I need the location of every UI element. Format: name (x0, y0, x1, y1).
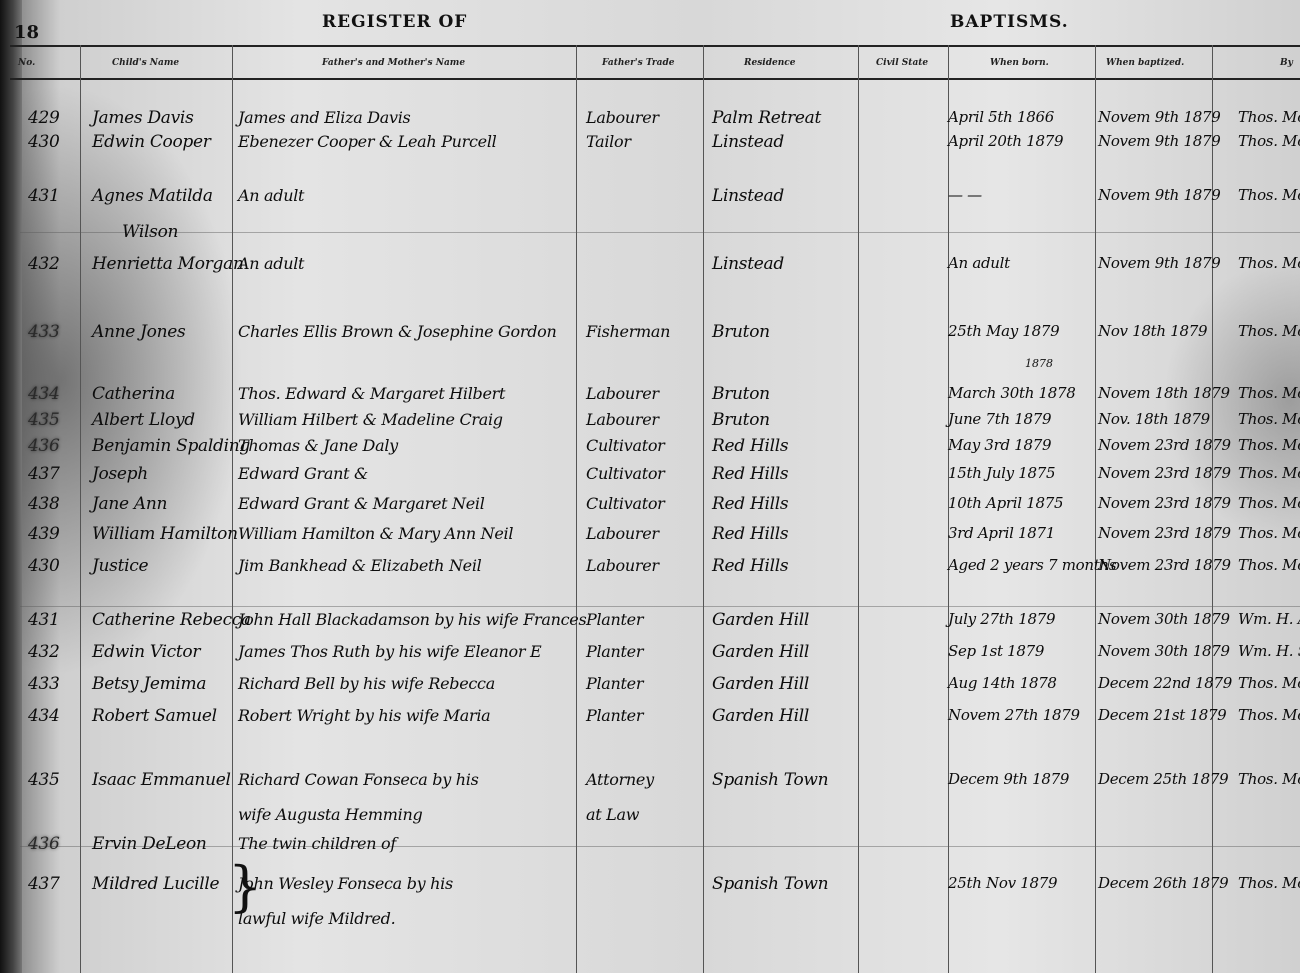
child-name: Catherina (92, 384, 175, 404)
header-rule-top (10, 45, 1300, 47)
entry-number: 439 (28, 524, 60, 544)
table-row: 436Benjamin SpaldingThomas & Jane DalyCu… (0, 436, 1300, 466)
parents-names: An adult (238, 254, 304, 273)
residence: Garden Hill (712, 610, 809, 630)
column-header-residence: Residence (744, 58, 795, 68)
date-baptized: Nov 18th 1879 (1098, 322, 1207, 340)
date-born: 25th Nov 1879 (948, 874, 1057, 892)
column-header-no: No. (18, 58, 35, 68)
entry-number: 434 (28, 706, 60, 726)
father-trade: Tailor (586, 132, 631, 151)
residence: Red Hills (712, 464, 788, 484)
parents-names: James and Eliza Davis (238, 108, 410, 127)
entry-number: 431 (28, 610, 60, 630)
officiant: Thos. Mc (1238, 108, 1300, 126)
officiant: Thos. Mc (1238, 132, 1300, 150)
parents-names: Richard Cowan Fonseca by hiswife Augusta… (238, 770, 478, 824)
child-name: Edwin Cooper (92, 132, 211, 152)
officiant: Thos. Mc (1238, 322, 1300, 340)
entry-number: 436 (28, 436, 60, 456)
ruled-line (20, 606, 1300, 607)
date-baptized: Novem 9th 1879 (1098, 186, 1220, 204)
child-name: Edwin Victor (92, 642, 200, 662)
residence: Red Hills (712, 556, 788, 576)
parents-names: Edward Grant & (238, 464, 368, 483)
date-born: June 7th 1879 (948, 410, 1051, 428)
residence: Red Hills (712, 524, 788, 544)
entry-number: 433 (28, 674, 60, 694)
officiant: Wm. H. S. (1238, 642, 1300, 660)
residence: Garden Hill (712, 706, 809, 726)
date-baptized: Decem 25th 1879 (1098, 770, 1228, 788)
table-row: 437Mildred LucilleJohn Wesley Fonseca by… (0, 874, 1300, 904)
officiant: Thos. Mc (1238, 770, 1300, 788)
father-trade: Cultivator (586, 436, 665, 455)
table-row: 435Isaac EmmanuelRichard Cowan Fonseca b… (0, 770, 1300, 800)
father-trade: Labourer (586, 524, 659, 543)
table-row: 430JusticeJim Bankhead & Elizabeth NeilL… (0, 556, 1300, 586)
child-name: Betsy Jemima (92, 674, 206, 694)
residence: Red Hills (712, 494, 788, 514)
parents-names: Charles Ellis Brown & Josephine Gordon (238, 322, 557, 341)
father-trade: Planter (586, 706, 643, 725)
parents-names: The twin children of (238, 834, 396, 853)
entry-number: 434 (28, 384, 60, 404)
parents-names: James Thos Ruth by his wife Eleanor E (238, 642, 541, 661)
date-baptized: Decem 22nd 1879 (1098, 674, 1232, 692)
residence: Linstead (712, 132, 784, 152)
officiant: Wm. H. A. (1238, 610, 1300, 628)
parents-names: Jim Bankhead & Elizabeth Neil (238, 556, 481, 575)
entry-number: 432 (28, 642, 60, 662)
officiant: Thos. Mc (1238, 524, 1300, 542)
born-correction-note: 1878 (1025, 357, 1053, 370)
parents-names: William Hamilton & Mary Ann Neil (238, 524, 513, 543)
officiant: Thos. Mc (1238, 186, 1300, 204)
residence: Bruton (712, 322, 770, 342)
residence: Garden Hill (712, 642, 809, 662)
column-header-parents: Father's and Mother's Name (322, 58, 465, 68)
entry-number: 433 (28, 322, 60, 342)
date-born: March 30th 1878 (948, 384, 1076, 402)
residence: Spanish Town (712, 770, 828, 790)
parents-names: Thos. Edward & Margaret Hilbert (238, 384, 505, 403)
officiant: Thos. Mc (1238, 436, 1300, 454)
father-trade: Planter (586, 610, 643, 629)
twin-brace: } (228, 855, 262, 918)
parents-names: Edward Grant & Margaret Neil (238, 494, 485, 513)
father-trade: Labourer (586, 556, 659, 575)
residence: Spanish Town (712, 874, 828, 894)
date-born: 25th May 1879 (948, 322, 1059, 340)
officiant: Thos. Mc (1238, 674, 1300, 692)
date-born: Aged 2 years 7 months (948, 556, 1116, 574)
table-row: 433Anne JonesCharles Ellis Brown & Josep… (0, 322, 1300, 352)
date-baptized: Decem 26th 1879 (1098, 874, 1228, 892)
entry-number: 432 (28, 254, 60, 274)
register-page: 18 REGISTER OF BAPTISMS. No. Child's Nam… (0, 0, 1300, 973)
child-name: Henrietta Morgan (92, 254, 244, 274)
entry-number: 429 (28, 108, 60, 128)
child-name: Agnes MatildaWilson (92, 186, 213, 242)
father-trade: Attorneyat Law (586, 770, 654, 824)
table-row: 431Catherine RebeccaJohn Hall Blackadams… (0, 610, 1300, 640)
date-born: 3rd April 1871 (948, 524, 1055, 542)
table-row: 431Agnes MatildaWilsonAn adultLinstead— … (0, 186, 1300, 216)
officiant: Thos. Mc (1238, 464, 1300, 482)
parents-names: Richard Bell by his wife Rebecca (238, 674, 495, 693)
date-baptized: Novem 18th 1879 (1098, 384, 1230, 402)
date-born: April 5th 1866 (948, 108, 1054, 126)
date-baptized: Novem 23rd 1879 (1098, 524, 1231, 542)
father-trade: Labourer (586, 410, 659, 429)
parents-names: John Hall Blackadamson by his wife Franc… (238, 610, 586, 629)
table-row: 438Jane AnnEdward Grant & Margaret NeilC… (0, 494, 1300, 524)
residence: Linstead (712, 254, 784, 274)
date-baptized: Novem 23rd 1879 (1098, 436, 1231, 454)
child-name: Catherine Rebecca (92, 610, 251, 630)
table-row: 436Ervin DeLeonThe twin children of (0, 834, 1300, 864)
officiant: Thos. Mc (1238, 874, 1300, 892)
date-born: Decem 9th 1879 (948, 770, 1069, 788)
residence: Linstead (712, 186, 784, 206)
date-baptized: Novem 30th 1879 (1098, 610, 1230, 628)
child-name: Albert Lloyd (92, 410, 195, 430)
parents-names: Ebenezer Cooper & Leah Purcell (238, 132, 497, 151)
date-born: Aug 14th 1878 (948, 674, 1057, 692)
title-right: BAPTISMS. (950, 12, 1069, 32)
column-header-trade: Father's Trade (602, 58, 675, 68)
date-baptized: Decem 21st 1879 (1098, 706, 1226, 724)
child-name: Mildred Lucille (92, 874, 219, 894)
entry-number: 431 (28, 186, 60, 206)
date-baptized: Novem 23rd 1879 (1098, 556, 1231, 574)
father-trade: Labourer (586, 108, 659, 127)
father-trade: Planter (586, 642, 643, 661)
child-name: Isaac Emmanuel (92, 770, 231, 790)
column-header-born: When born. (990, 58, 1049, 68)
father-trade: Cultivator (586, 464, 665, 483)
date-born: Sep 1st 1879 (948, 642, 1044, 660)
child-name: Joseph (92, 464, 148, 484)
residence: Garden Hill (712, 674, 809, 694)
date-baptized: Novem 23rd 1879 (1098, 494, 1231, 512)
entry-number: 438 (28, 494, 60, 514)
residence: Palm Retreat (712, 108, 821, 128)
parents-names: William Hilbert & Madeline Craig (238, 410, 503, 429)
date-born: April 20th 1879 (948, 132, 1063, 150)
date-born: — — (948, 186, 982, 204)
column-header-child: Child's Name (112, 58, 179, 68)
parents-names: John Wesley Fonseca by hislawful wife Mi… (238, 874, 453, 928)
entry-number: 430 (28, 556, 60, 576)
date-baptized: Novem 9th 1879 (1098, 108, 1220, 126)
residence: Bruton (712, 410, 770, 430)
table-row: 433Betsy JemimaRichard Bell by his wife … (0, 674, 1300, 704)
child-name: James Davis (92, 108, 194, 128)
date-baptized: Novem 9th 1879 (1098, 132, 1220, 150)
entry-number: 435 (28, 770, 60, 790)
date-baptized: Novem 23rd 1879 (1098, 464, 1231, 482)
table-row: 434Robert SamuelRobert Wright by his wif… (0, 706, 1300, 736)
date-born: July 27th 1879 (948, 610, 1055, 628)
parents-names: Thomas & Jane Daly (238, 436, 398, 455)
date-born: 15th July 1875 (948, 464, 1055, 482)
officiant: Thos. Mc (1238, 494, 1300, 512)
date-born: Novem 27th 1879 (948, 706, 1080, 724)
entry-number: 436 (28, 834, 60, 854)
parents-names: Robert Wright by his wife Maria (238, 706, 490, 725)
officiant: Thos. Mc (1238, 384, 1300, 402)
date-born: An adult (948, 254, 1010, 272)
officiant: Thos. Mc (1238, 410, 1300, 428)
parents-names: An adult (238, 186, 304, 205)
father-trade: Fisherman (586, 322, 670, 341)
header-rule-bottom (10, 78, 1300, 80)
officiant: Thos. Mc (1238, 706, 1300, 724)
column-header-by: By (1280, 58, 1293, 68)
child-name: Benjamin Spalding (92, 436, 250, 456)
column-header-civil-state: Civil State (876, 58, 928, 68)
date-born: 10th April 1875 (948, 494, 1063, 512)
entry-number: 437 (28, 874, 60, 894)
entry-number: 437 (28, 464, 60, 484)
column-header-baptized: When baptized. (1106, 58, 1184, 68)
child-name: Ervin DeLeon (92, 834, 207, 854)
date-born: May 3rd 1879 (948, 436, 1051, 454)
father-trade: Labourer (586, 384, 659, 403)
table-row: 437JosephEdward Grant &CultivatorRed Hil… (0, 464, 1300, 494)
table-row: 430Edwin CooperEbenezer Cooper & Leah Pu… (0, 132, 1300, 162)
table-row: 439William HamiltonWilliam Hamilton & Ma… (0, 524, 1300, 554)
father-trade: Cultivator (586, 494, 665, 513)
officiant: Thos. Mc (1238, 556, 1300, 574)
table-row: 432Henrietta MorganAn adultLinsteadAn ad… (0, 254, 1300, 284)
date-baptized: Novem 30th 1879 (1098, 642, 1230, 660)
residence: Red Hills (712, 436, 788, 456)
child-name: Justice (92, 556, 148, 576)
residence: Bruton (712, 384, 770, 404)
child-name: Anne Jones (92, 322, 185, 342)
child-name: William Hamilton (92, 524, 238, 544)
date-baptized: Novem 9th 1879 (1098, 254, 1220, 272)
date-baptized: Nov. 18th 1879 (1098, 410, 1210, 428)
entry-number: 435 (28, 410, 60, 430)
father-trade: Planter (586, 674, 643, 693)
title-left: REGISTER OF (322, 12, 467, 32)
page-number: 18 (14, 22, 39, 43)
officiant: Thos. Mc (1238, 254, 1300, 272)
child-name: Robert Samuel (92, 706, 217, 726)
child-name: Jane Ann (92, 494, 167, 514)
table-row: 432Edwin VictorJames Thos Ruth by his wi… (0, 642, 1300, 672)
entry-number: 430 (28, 132, 60, 152)
